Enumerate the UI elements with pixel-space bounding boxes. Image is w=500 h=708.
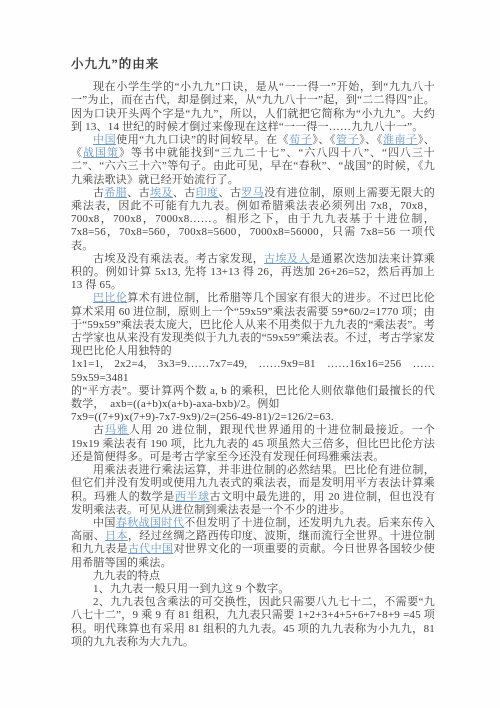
inline-link[interactable]: 日本 [105, 530, 128, 542]
inline-link[interactable]: 罗马 [241, 187, 264, 199]
text-run: 古 [93, 424, 105, 436]
inline-link[interactable]: 西半球 [175, 491, 210, 503]
text-run: 》等书中就能找到“三九二十七”、“六八四十八”、“四八三十二”、“六六三十六”等… [71, 147, 435, 185]
inline-link[interactable]: 巴比伦 [93, 292, 127, 304]
inline-link[interactable]: 中国 [93, 134, 116, 146]
inline-link[interactable]: 古代中国 [128, 543, 174, 555]
text-run: 古 [93, 187, 104, 199]
inline-link[interactable]: 古埃及人 [264, 253, 310, 265]
text-run: 现在小学生学的“小九九”口诀，是从“一一得一”开始，到“九九八十一”为止，而在古… [71, 81, 435, 133]
page: { "document": { "title": "小九九”的由来", "col… [0, 0, 500, 708]
text-run: 、古 [127, 187, 150, 199]
paragraph: 巴比伦算术有进位制，比希腊等几个国家有很大的进步。不过巴比伦算术采用 60 进位… [71, 292, 435, 424]
text-run: 使用“九九口诀”的时间较早。在《 [116, 134, 289, 146]
document-content: 小九九”的由来 现在小学生学的“小九九”口诀，是从“一一得一”开始，到“九九八十… [71, 58, 435, 649]
document-body: 现在小学生学的“小九九”口诀，是从“一一得一”开始，到“九九八十一”为止，而在古… [71, 81, 435, 649]
text-run: 中国 [93, 517, 116, 529]
text-run: 1、九九表一般只用一到九这 9 个数字。 [93, 583, 290, 595]
document-page: 小九九”的由来 现在小学生学的“小九九”口诀，是从“一一得一”开始，到“九九八十… [0, 0, 500, 708]
inline-link[interactable]: 荀子 [289, 134, 312, 146]
inline-link[interactable]: 希腊 [104, 187, 127, 199]
text-run: 古埃及没有乘法表。考古家发现， [93, 253, 264, 265]
text-run: 九九表的特点 [93, 570, 160, 582]
document-title: 小九九”的由来 [71, 58, 435, 71]
paragraph: 中国春秋战国时代不但发明了十进位制，还发明九九表。后来东传入高丽、日本，经过丝绸… [71, 517, 435, 570]
text-run: 7x9=((7+9)x(7+9)-7x7-9x9)/2=(256-49-81)/… [71, 411, 334, 423]
inline-link[interactable]: 印度 [196, 187, 219, 199]
paragraph: 2、九九表包含乘法的可交换性，因此只需要八九七十二，不需要“九八七十二”，9 乘… [71, 596, 435, 649]
paragraph: 中国使用“九九口诀”的时间较早。在《荀子》、《管子》、《淮南子》、《战国策》等书… [71, 134, 435, 187]
inline-link[interactable]: 埃及 [150, 187, 173, 199]
text-run: 》、《 [312, 134, 336, 146]
paragraph: 1、九九表一般只用一到九这 9 个数字。 [71, 583, 435, 596]
inline-link[interactable]: 玛雅 [105, 424, 129, 436]
inline-link[interactable]: 战国策 [83, 147, 119, 159]
text-run: 》、《 [359, 134, 383, 146]
paragraph: 九九表的特点 [71, 570, 435, 583]
inline-link[interactable]: 春秋战国时代 [116, 517, 184, 529]
text-run: 2、九九表包含乘法的可交换性，因此只需要八九七十二，不需要“九八七十二”，9 乘… [71, 596, 435, 648]
inline-link[interactable]: 管子 [336, 134, 359, 146]
inline-link[interactable]: 淮南子 [383, 134, 418, 146]
text-run: 、古 [173, 187, 196, 199]
paragraph: 古玛雅人用 20 进位制，跟现代世界通用的十进位制最接近。一个 19x19 乘法… [71, 424, 435, 464]
text-run: 、古 [218, 187, 241, 199]
text-run: 1x1=1, 2x2=4, 3x3=9……7x7=49, ……9x9=81 ……… [71, 358, 435, 383]
paragraph: 古埃及没有乘法表。考古家发现，古埃及人是通累次迭加法来计算乘积的。例如计算 5x… [71, 253, 435, 293]
paragraph: 用乘法表进行乘法运算，并非进位制的必然结果。巴比伦有进位制，但它们并没有发明或使… [71, 464, 435, 517]
paragraph: 古希腊、古埃及、古印度、古罗马没有进位制，原则上需要无限大的乘法表，因此不可能有… [71, 187, 435, 253]
text-run: 的“平方表”。要计算两个数 a, b 的乘积，巴比伦人则依靠他们最擅长的代数学，… [71, 385, 435, 410]
paragraph: 现在小学生学的“小九九”口诀，是从“一一得一”开始，到“九九八十一”为止，而在古… [71, 81, 435, 134]
